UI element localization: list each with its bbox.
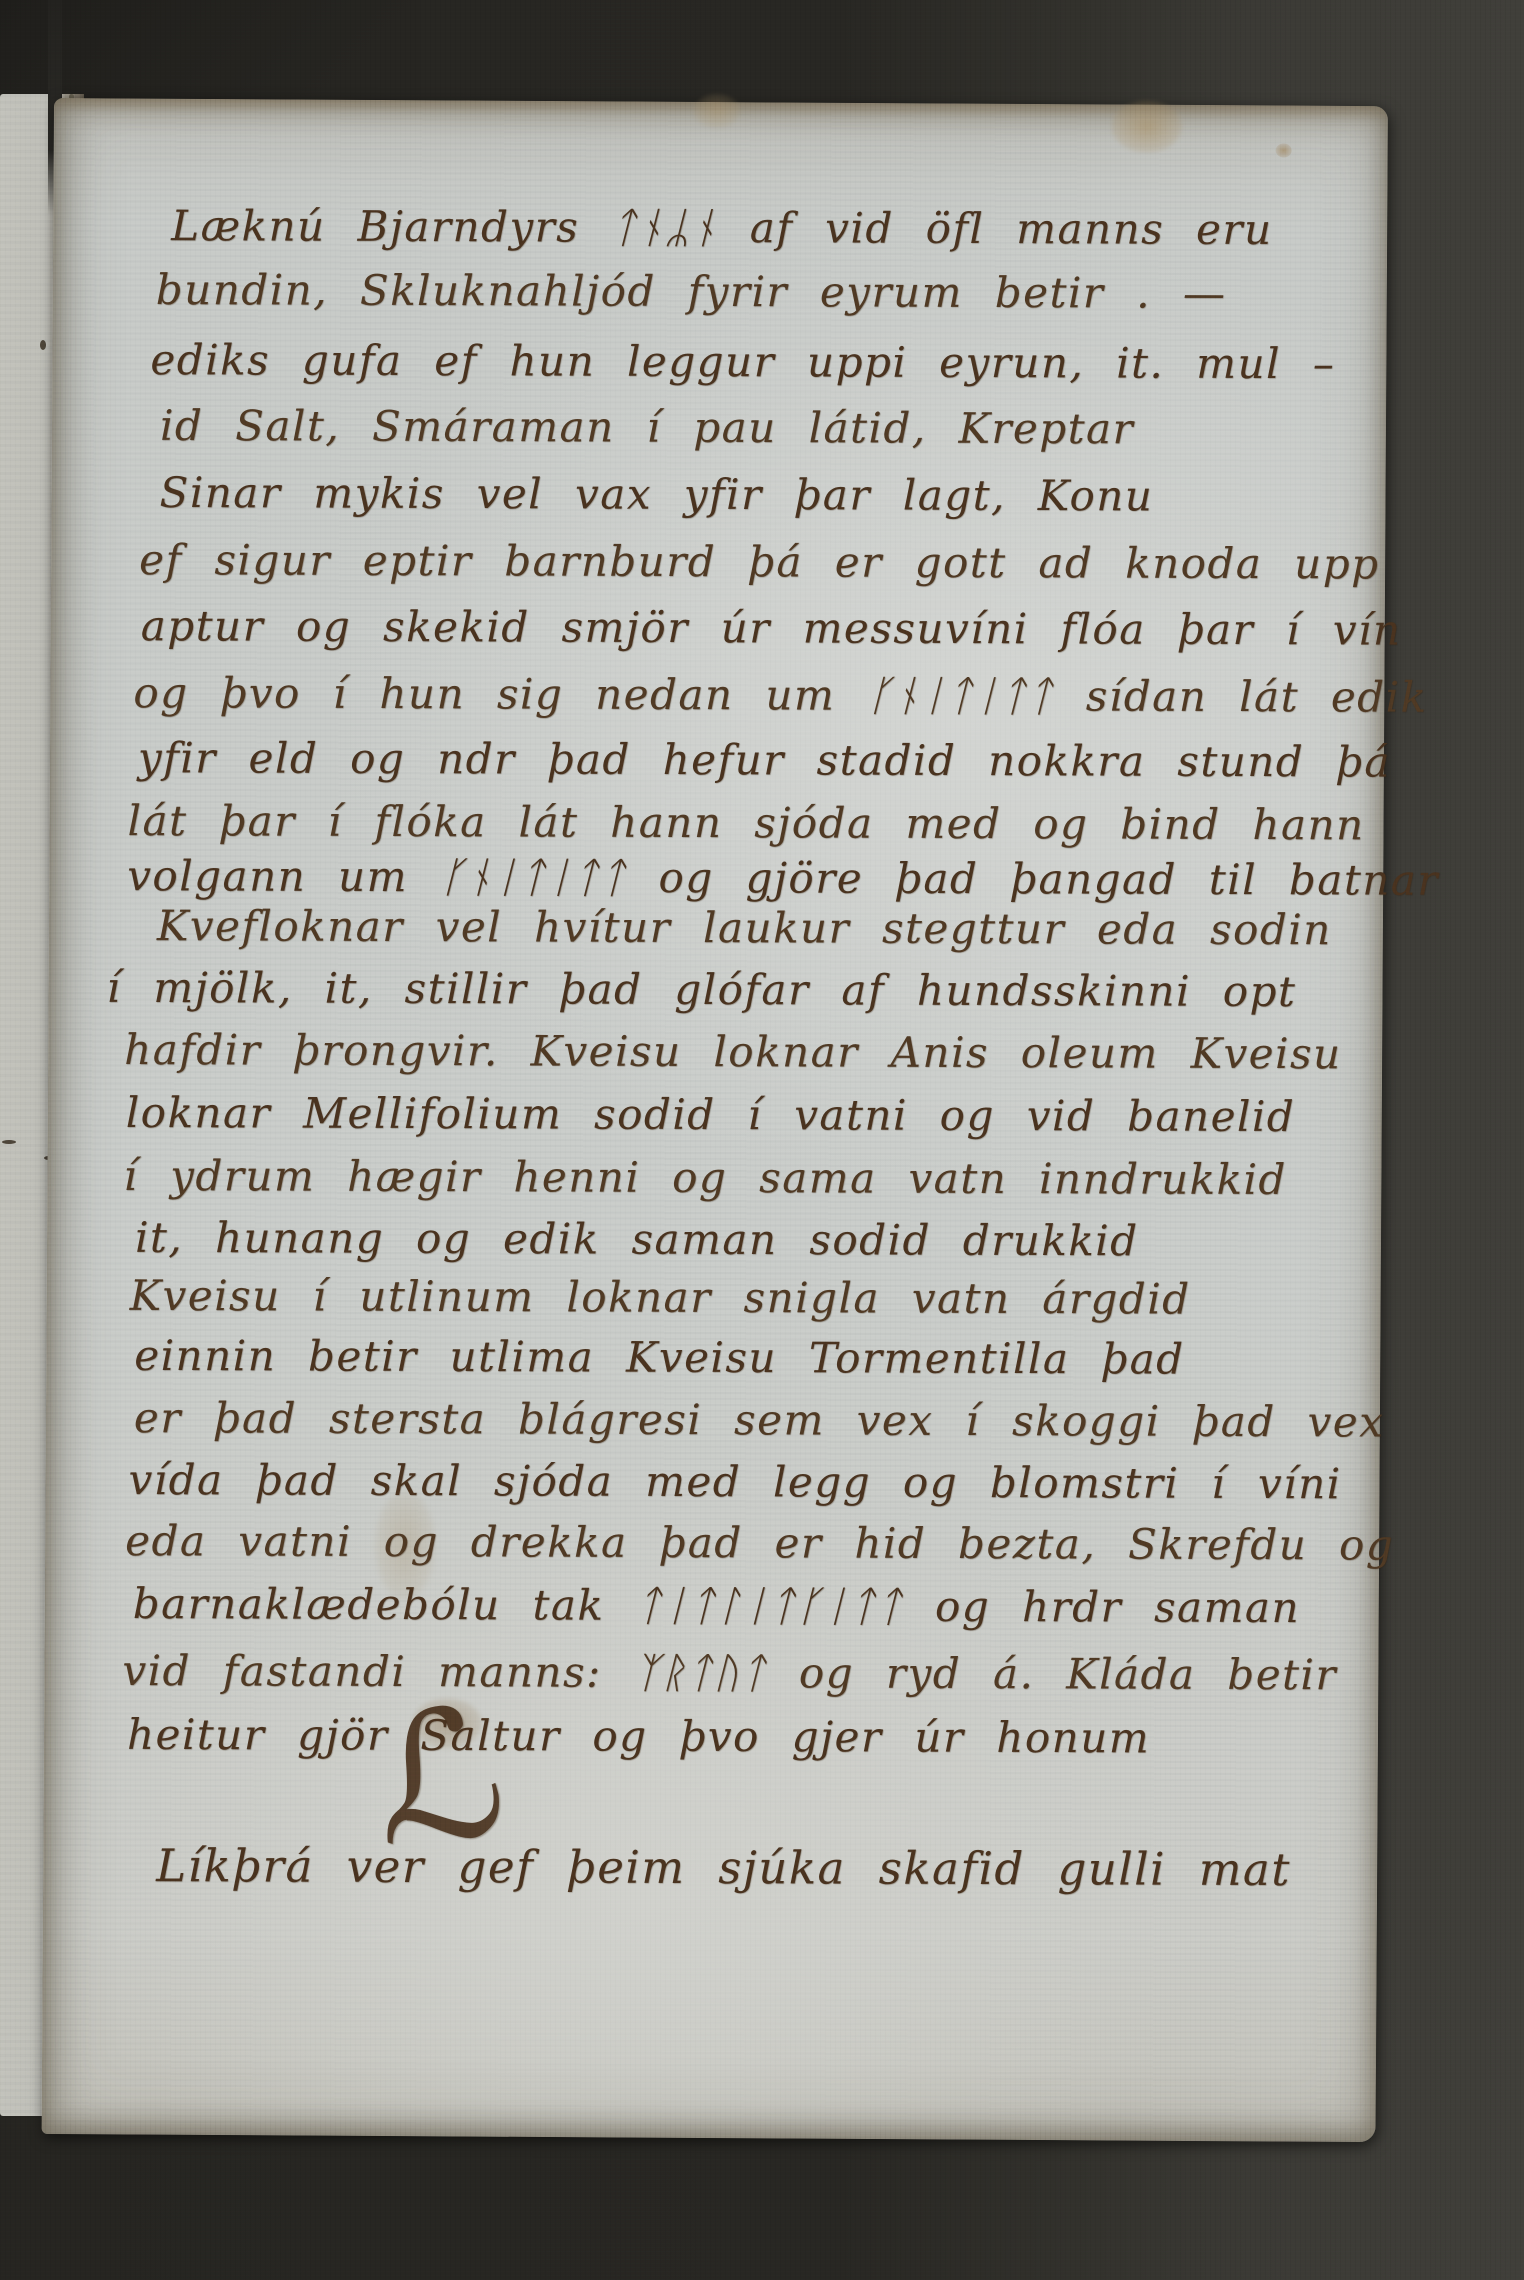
manuscript-line: bundin, Skluknahljód fyrir eyrum betir .… [156, 267, 1227, 317]
manuscript-line: í mjölk, it, stillir þad glófar af hunds… [106, 965, 1296, 1015]
manuscript-line: hafdir þrongvir. Kveisu loknar Anis oleu… [124, 1027, 1342, 1077]
manuscript-line: loknar Mellifolium sodid í vatni og vid … [126, 1090, 1296, 1140]
binding-speck [2, 1140, 16, 1144]
manuscript-line: og þvo í hun sig nedan um ᚴᚾᛁᛏᛁᛏᛏ sídan … [133, 670, 1427, 721]
manuscript-line: it, hunang og edik saman sodid drukkid [135, 1215, 1139, 1265]
manuscript-line: barnaklædebólu tak ᛏᛁᛏᛚᛁᛏᚴᛁᛏᛏ og hrdr sa… [133, 1581, 1300, 1631]
manuscript-line: Kveisu í utlinum loknar snigla vatn árgd… [130, 1273, 1191, 1323]
manuscript-line: yfir eld og ndr þad hefur stadid nokkra … [138, 735, 1391, 785]
manuscript-line: volgann um ᚴᚾᛁᛏᛁᛏᛏ og gjöre þad þangad t… [127, 853, 1439, 904]
paper-stain [1112, 100, 1182, 152]
manuscript-line: einnin betir utlima Kveisu Tormentilla þ… [134, 1333, 1184, 1383]
manuscript-line: ediks gufa ef hun leggur uppi eyrun, it.… [150, 337, 1335, 387]
manuscript-line: eda vatni og drekka þad er hid bezta, Sk… [125, 1518, 1394, 1568]
manuscript-line: vid fastandi manns: ᛉᚱᛏᚢᛏ og ryd á. Klád… [122, 1648, 1337, 1698]
paper-stain [694, 94, 740, 128]
manuscript-line: ef sigur eptir barnburd þá er gott ad kn… [139, 537, 1380, 587]
manuscript-line: aptur og skekid smjör úr messuvíni flóa … [141, 603, 1402, 653]
manuscript-line: id Salt, Smáraman í pau látid, Kreptar [160, 403, 1134, 452]
manuscript-line: lát þar í flóka lát hann sjóda med og bi… [128, 798, 1365, 848]
binding-speck [40, 340, 46, 350]
manuscript-line: Kvefloknar vel hvítur laukur stegttur ed… [157, 903, 1332, 953]
manuscript-photo: Læknú Bjarndyrs ᛏᚾᛦᚾ af vid öfl manns er… [0, 0, 1524, 2280]
manuscript-line: vída þad skal sjóda med legg og blomstri… [128, 1457, 1341, 1507]
manuscript-line: í ydrum hægir henni og sama vatn inndruk… [123, 1153, 1287, 1203]
manuscript-line: Sinar mykis vel vax yfir þar lagt, Konu [160, 470, 1154, 519]
manuscript-line: Læknú Bjarndyrs ᛏᚾᛦᚾ af vid öfl manns er… [171, 203, 1273, 253]
paper-stain [1276, 143, 1292, 157]
manuscript-closing-line: Líkþrá ver gef þeim sjúka skafid gulli m… [156, 1843, 1291, 1893]
manuscript-page: Læknú Bjarndyrs ᛏᚾᛦᚾ af vid öfl manns er… [42, 98, 1388, 2142]
manuscript-line: er þad stersta blágresi sem vex í skoggi… [134, 1395, 1385, 1445]
manuscript-line: heitur gjör Saltur og þvo gjer úr honum [127, 1712, 1150, 1762]
